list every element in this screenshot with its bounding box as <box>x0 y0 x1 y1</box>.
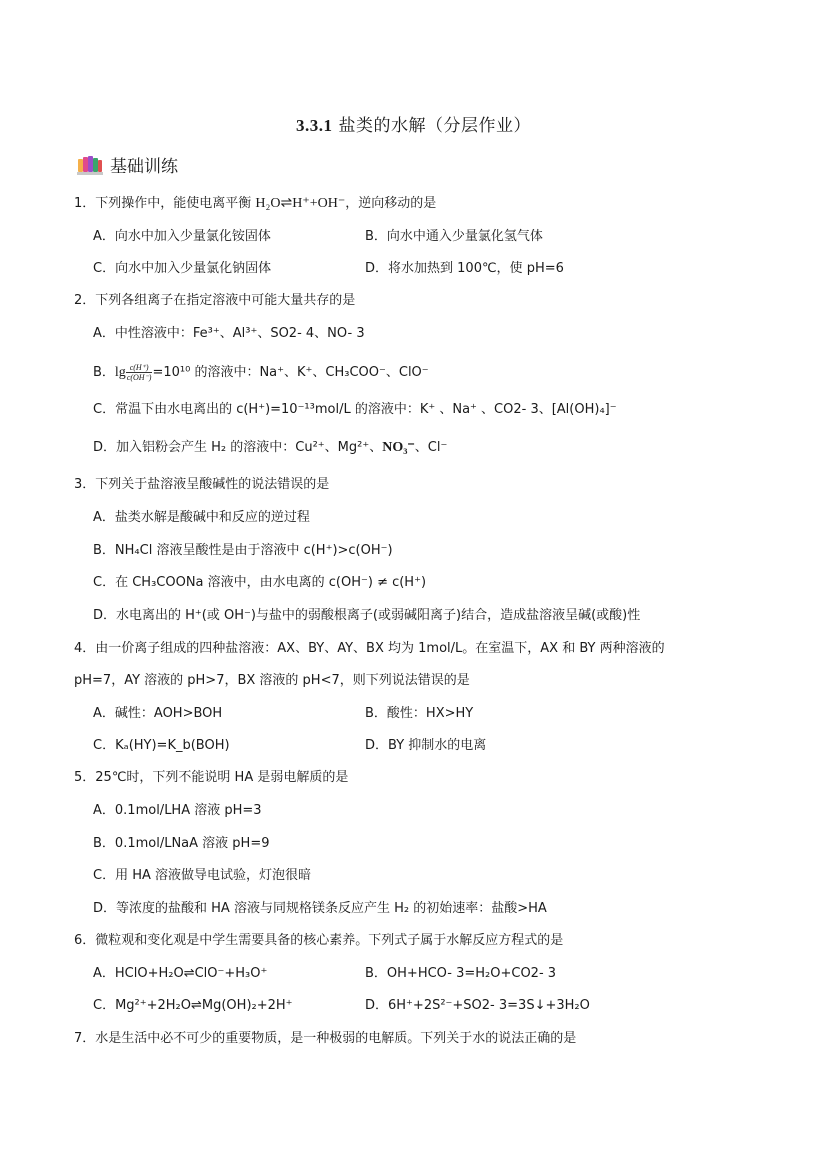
questions-0-options-1-text: 向水中通入少量氯化氢气体 <box>387 229 543 244</box>
q2-option-b: B．lgc(H⁺)c(OH⁻)=10¹⁰ 的溶液中：Na⁺、K⁺、CH₃COO⁻… <box>93 363 429 382</box>
questions-2-stem: 下列关于盐溶液呈酸碱性的说法错误的是 <box>95 477 329 492</box>
questions-1-options-3-text-bold: NO₃⁻ <box>382 440 415 455</box>
questions-2-options-2-label: C． <box>93 575 115 590</box>
questions-4-options-1-text: 0.1mol/LNaA 溶液 pH=9 <box>115 836 270 851</box>
q1-option-d: D．将水加热到 100℃，使 pH=6 <box>365 261 564 277</box>
questions-1-options-1-frac-den: c(OH⁻) <box>126 373 153 382</box>
questions-0-options-3-label: D． <box>365 261 388 276</box>
q5-option-d: D．等浓度的盐酸和 HA 溶液与同规格镁条反应产生 H₂ 的初始速率：盐酸>HA <box>93 901 547 917</box>
q1-option-b: B．向水中通入少量氯化氢气体 <box>365 229 543 245</box>
title-text: 盐类的水解（分层作业） <box>338 116 531 136</box>
questions-2-options-0-label: A． <box>93 510 115 525</box>
questions-4-options-3-text: 等浓度的盐酸和 HA 溶液与同规格镁条反应产生 H₂ 的初始速率：盐酸>HA <box>116 901 547 916</box>
questions-4-options-2-text: 用 HA 溶液做导电试验，灯泡很暗 <box>115 868 311 883</box>
q5-option-a: A．0.1mol/LHA 溶液 pH=3 <box>93 803 262 819</box>
q1-option-c: C．向水中加入少量氯化钠固体 <box>93 261 271 277</box>
q3-option-d: D．水电离出的 H⁺(或 OH⁻)与盐中的弱酸根离子(或弱碱阳离子)结合，造成盐… <box>93 608 640 624</box>
q3-option-c: C．在 CH₃COONa 溶液中，由水电离的 c(OH⁻) ≠ c(H⁺) <box>93 575 426 591</box>
questions-4-options-1-label: B． <box>93 836 115 851</box>
question-7: 7．水是生活中必不可少的重要物质，是一种极弱的电解质。下列关于水的说法正确的是 <box>74 1031 576 1047</box>
questions-1-options-3-label: D． <box>93 440 116 455</box>
questions-4-options-0-label: A． <box>93 803 115 818</box>
fraction: c(H⁺)c(OH⁻) <box>126 363 153 382</box>
questions-3-options-3-label: D． <box>365 738 388 753</box>
question-5: 5．25℃时，下列不能说明 HA 是弱电解质的是 <box>74 770 348 786</box>
questions-3-options-0-text: 碱性：AOH>BOH <box>115 706 222 721</box>
questions-0-options-1-label: B． <box>365 229 387 244</box>
questions-2-options-3-text: 水电离出的 H⁺(或 OH⁻)与盐中的弱酸根离子(或弱碱阳离子)结合，造成盐溶液… <box>116 608 640 623</box>
questions-3-number: 4． <box>74 641 95 656</box>
question-2: 2．下列各组离子在指定溶液中可能大量共存的是 <box>74 293 355 309</box>
books-icon <box>76 154 104 176</box>
page-title: 3.3.1 盐类的水解（分层作业） <box>0 111 827 136</box>
questions-0-stem-formula: H₂O⇌H⁺+OH⁻ <box>255 196 345 211</box>
questions-1-options-3-text-pre: 加入铝粉会产生 H₂ 的溶液中：Cu²⁺、Mg²⁺、 <box>116 440 382 455</box>
questions-5-options-1-label: B． <box>365 966 387 981</box>
questions-1-stem: 下列各组离子在指定溶液中可能大量共存的是 <box>95 293 355 308</box>
question-1: 1．下列操作中，能使电离平衡 H₂O⇌H⁺+OH⁻，逆向移动的是 <box>74 196 436 212</box>
questions-2-options-0-text: 盐类水解是酸碱中和反应的逆过程 <box>115 510 310 525</box>
question-6: 6．微粒观和变化观是中学生需要具备的核心素养。下列式子属于水解反应方程式的是 <box>74 933 563 949</box>
questions-3-options-3-text: BY 抑制水的电离 <box>388 738 486 753</box>
questions-5-options-2-text: Mg²⁺+2H₂O⇌Mg(OH)₂+2H⁺ <box>115 998 292 1013</box>
questions-5-options-2-label: C． <box>93 998 115 1013</box>
questions-1-number: 2． <box>74 293 95 308</box>
question-3: 3．下列关于盐溶液呈酸碱性的说法错误的是 <box>74 477 329 493</box>
section-header: 基础训练 <box>76 152 178 177</box>
q5-option-b: B．0.1mol/LNaA 溶液 pH=9 <box>93 836 270 852</box>
questions-0-options-0-text: 向水中加入少量氯化铵固体 <box>115 229 271 244</box>
questions-3-stem-cont: pH=7，AY 溶液的 pH>7，BX 溶液的 pH<7，则下列说法错误的是 <box>74 673 470 688</box>
q4-option-c: C．Kₐ(HY)=K_b(BOH) <box>93 738 230 754</box>
question-4-cont: pH=7，AY 溶液的 pH>7，BX 溶液的 pH<7，则下列说法错误的是 <box>74 673 470 689</box>
questions-1-options-2-text: 常温下由水电离出的 c(H⁺)=10⁻¹³mol/L 的溶液中：K⁺ 、Na⁺ … <box>115 402 617 417</box>
questions-0-options-2-label: C． <box>93 261 115 276</box>
questions-2-options-3-label: D． <box>93 608 116 623</box>
questions-4-options-3-label: D． <box>93 901 116 916</box>
questions-2-number: 3． <box>74 477 95 492</box>
questions-2-options-1-text: NH₄Cl 溶液呈酸性是由于溶液中 c(H⁺)>c(OH⁻) <box>115 543 393 558</box>
questions-5-number: 6． <box>74 933 95 948</box>
questions-2-options-2-text: 在 CH₃COONa 溶液中，由水电离的 c(OH⁻) ≠ c(H⁺) <box>115 575 426 590</box>
questions-5-options-3-text: 6H⁺+2S²⁻+SO2- 3=3S↓+3H₂O <box>388 998 590 1013</box>
questions-5-options-0-label: A． <box>93 966 115 981</box>
questions-3-stem: 由一价离子组成的四种盐溶液：AX、BY、AY、BX 均为 1mol/L。在室温下… <box>95 641 664 656</box>
questions-0-options-2-text: 向水中加入少量氯化钠固体 <box>115 261 271 276</box>
q6-option-a: A．HClO+H₂O⇌ClO⁻+H₃O⁺ <box>93 966 267 982</box>
worksheet-page: 3.3.1 盐类的水解（分层作业） 基础训练 1．下列操作中，能使电离平衡 H₂… <box>0 0 827 1169</box>
questions-5-options-3-label: D． <box>365 998 388 1013</box>
q4-option-a: A．碱性：AOH>BOH <box>93 706 222 722</box>
questions-3-options-2-label: C． <box>93 738 115 753</box>
questions-6-number: 7． <box>74 1031 95 1046</box>
q3-option-a: A．盐类水解是酸碱中和反应的逆过程 <box>93 510 310 526</box>
questions-1-options-1-label: B． <box>93 365 115 380</box>
question-4: 4．由一价离子组成的四种盐溶液：AX、BY、AY、BX 均为 1mol/L。在室… <box>74 641 665 657</box>
questions-3-options-0-label: A． <box>93 706 115 721</box>
questions-0-stem-pre: 下列操作中，能使电离平衡 <box>95 196 255 211</box>
questions-5-options-1-text: OH+HCO- 3=H₂O+CO2- 3 <box>387 966 556 981</box>
questions-5-options-0-text: HClO+H₂O⇌ClO⁻+H₃O⁺ <box>115 966 267 981</box>
q4-option-d: D．BY 抑制水的电离 <box>365 738 486 754</box>
questions-4-options-2-label: C． <box>93 868 115 883</box>
q6-option-b: B．OH+HCO- 3=H₂O+CO2- 3 <box>365 966 556 982</box>
q3-option-b: B．NH₄Cl 溶液呈酸性是由于溶液中 c(H⁺)>c(OH⁻) <box>93 543 393 559</box>
questions-0-options-3-text: 将水加热到 100℃，使 pH=6 <box>388 261 564 276</box>
q2-option-c: C．常温下由水电离出的 c(H⁺)=10⁻¹³mol/L 的溶液中：K⁺ 、Na… <box>93 402 617 418</box>
q2-option-d: D．加入铝粉会产生 H₂ 的溶液中：Cu²⁺、Mg²⁺、NO₃⁻、Cl⁻ <box>93 440 447 456</box>
questions-3-options-2-text: Kₐ(HY)=K_b(BOH) <box>115 738 230 753</box>
questions-4-options-0-text: 0.1mol/LHA 溶液 pH=3 <box>115 803 262 818</box>
questions-1-options-1-text-pre: lg <box>115 365 126 380</box>
title-number: 3.3.1 <box>296 116 333 135</box>
questions-3-options-1-label: B． <box>365 706 387 721</box>
questions-1-options-0-text: 中性溶液中：Fe³⁺、Al³⁺、SO2- 4、NO- 3 <box>115 326 365 341</box>
questions-1-options-0-label: A． <box>93 326 115 341</box>
q1-option-a: A．向水中加入少量氯化铵固体 <box>93 229 271 245</box>
questions-0-number: 1． <box>74 196 95 211</box>
questions-1-options-1-frac-num: c(H⁺) <box>126 363 153 373</box>
questions-1-options-3-text-post: 、Cl⁻ <box>415 440 448 455</box>
questions-1-options-1-text-post: =10¹⁰ 的溶液中：Na⁺、K⁺、CH₃COO⁻、ClO⁻ <box>152 365 428 380</box>
questions-6-stem: 水是生活中必不可少的重要物质，是一种极弱的电解质。下列关于水的说法正确的是 <box>95 1031 576 1046</box>
q6-option-d: D．6H⁺+2S²⁻+SO2- 3=3S↓+3H₂O <box>365 998 590 1014</box>
questions-0-options-0-label: A． <box>93 229 115 244</box>
q5-option-c: C．用 HA 溶液做导电试验，灯泡很暗 <box>93 868 311 884</box>
questions-3-options-1-text: 酸性：HX>HY <box>387 706 473 721</box>
q2-option-a: A．中性溶液中：Fe³⁺、Al³⁺、SO2- 4、NO- 3 <box>93 326 365 342</box>
questions-0-stem-post: ，逆向移动的是 <box>345 196 436 211</box>
q4-option-b: B．酸性：HX>HY <box>365 706 473 722</box>
questions-4-number: 5． <box>74 770 95 785</box>
questions-4-stem: 25℃时，下列不能说明 HA 是弱电解质的是 <box>95 770 348 785</box>
q6-option-c: C．Mg²⁺+2H₂O⇌Mg(OH)₂+2H⁺ <box>93 998 293 1014</box>
questions-1-options-2-label: C． <box>93 402 115 417</box>
section-label: 基础训练 <box>110 152 178 177</box>
questions-2-options-1-label: B． <box>93 543 115 558</box>
questions-5-stem: 微粒观和变化观是中学生需要具备的核心素养。下列式子属于水解反应方程式的是 <box>95 933 563 948</box>
